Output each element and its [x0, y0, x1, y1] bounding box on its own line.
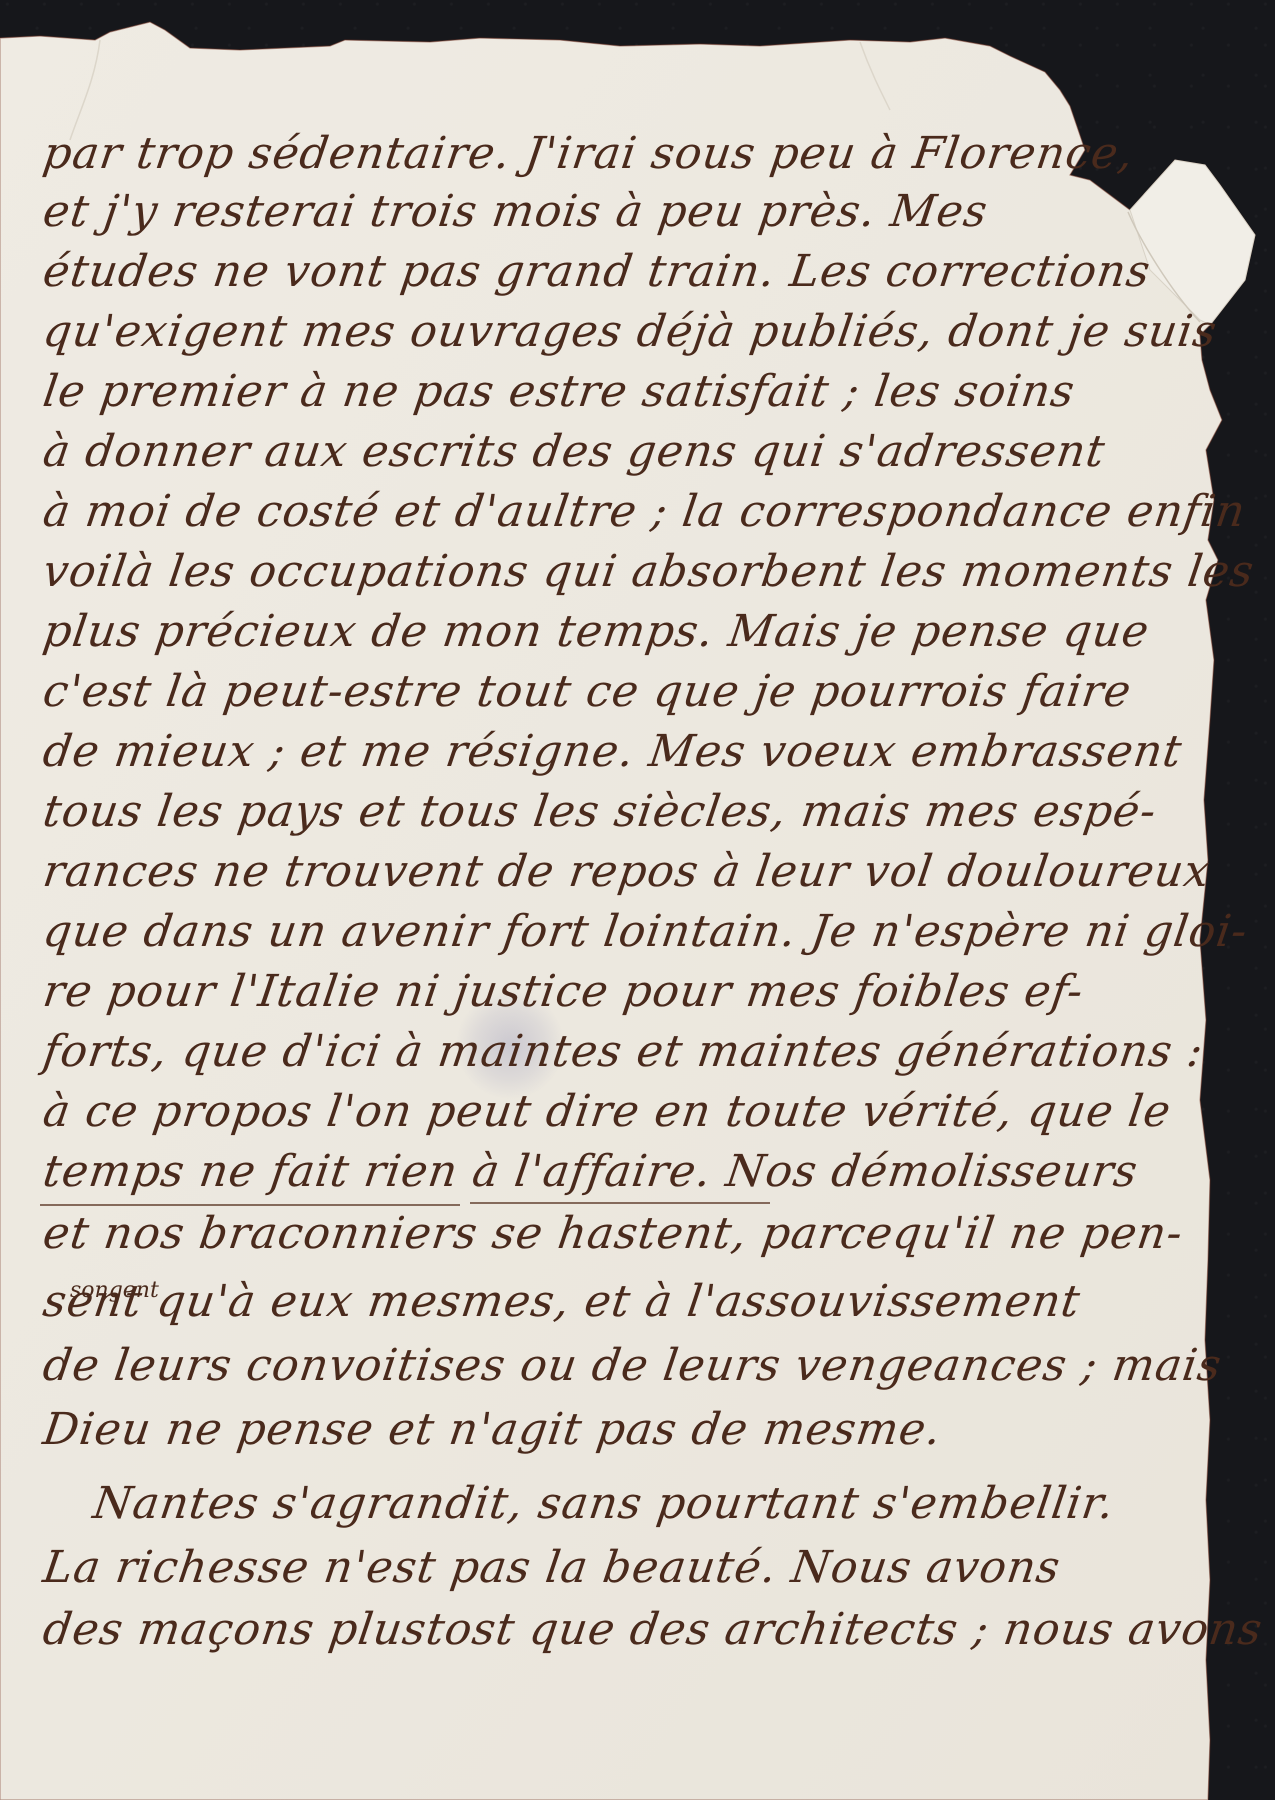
letter-line-21: de leurs convoitises ou de leurs vengean… — [40, 1340, 1225, 1391]
letter-line-14: que dans un avenir fort lointain. Je n'e… — [40, 906, 1251, 957]
letter-line-23: Nantes s'agrandit, sans pourtant s'embel… — [90, 1478, 1118, 1529]
letter-line-3: études ne vont pas grand train. Les corr… — [40, 246, 1154, 297]
letter-line-7: à moi de costé et d'aultre ; la correspo… — [40, 486, 1249, 537]
letter-line-4: qu'exigent mes ouvrages déjà publiés, do… — [40, 306, 1220, 357]
letter-line-24: La richesse n'est pas la beauté. Nous av… — [40, 1542, 1064, 1593]
letter-line-19: et nos braconniers se hastent, parcequ'i… — [40, 1208, 1186, 1259]
letter-line-16: forts, que d'ici à maintes et maintes gé… — [40, 1026, 1207, 1077]
underline-affaire — [470, 1202, 770, 1204]
letter-line-11: de mieux ; et me résigne. Mes voeux embr… — [40, 726, 1185, 777]
letter-line-6: à donner aux escrits des gens qui s'adre… — [40, 426, 1109, 477]
letter-line-5: le premier à ne pas estre satisfait ; le… — [40, 366, 1078, 417]
letter-line-2: et j'y resterai trois mois à peu près. M… — [40, 186, 991, 237]
letter-line-10: c'est là peut-estre tout ce que je pourr… — [40, 666, 1135, 717]
letter-page: par trop sédentaire. J'irai sous peu à F… — [0, 0, 1275, 1800]
letter-line-9: plus précieux de mon temps. Mais je pens… — [40, 606, 1153, 657]
underline-temps-rien — [40, 1204, 460, 1206]
letter-line-25: des maçons plustost que des architects ;… — [40, 1604, 1266, 1655]
letter-line-13: rances ne trouvent de repos à leur vol d… — [40, 846, 1214, 897]
letter-line-17: à ce propos l'on peut dire en toute véri… — [40, 1086, 1174, 1137]
letter-line-8: voilà les occupations qui absorbent les … — [40, 546, 1257, 597]
letter-line-12: tous les pays et tous les siècles, mais … — [40, 786, 1160, 837]
letter-line-15: re pour l'Italie ni justice pour mes foi… — [40, 966, 1087, 1017]
letter-line-1: par trop sédentaire. J'irai sous peu à F… — [40, 128, 1137, 179]
letter-line-22: Dieu ne pense et n'agit pas de mesme. — [40, 1404, 945, 1455]
letter-line-18: temps ne fait rien à l'affaire. Nos démo… — [40, 1146, 1141, 1197]
letter-line-20: sent qu'à eux mesmes, et à l'assouvissem… — [40, 1276, 1084, 1327]
